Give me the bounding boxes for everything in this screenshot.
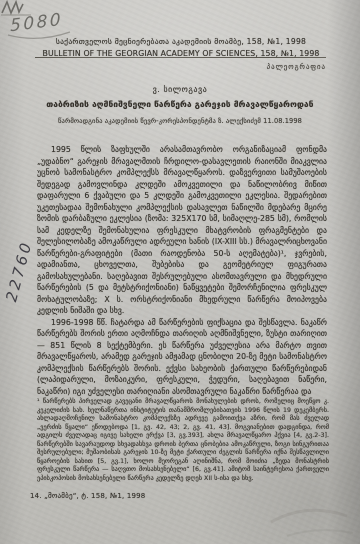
author-name: ვ. სილოგავა [0, 85, 360, 94]
journal-title-georgian: საქართველოს მეცნიერებათა აკადემიის მოამბ… [35, 37, 327, 46]
section-label: პალეოგრაფია [267, 63, 326, 71]
presented-line: წარმოადგინა აკადემიის წევრ-კორესპონდენტმ… [0, 117, 360, 125]
imprint-line: 14. „მოამბე“, ტ. 158, №1, 1998 [30, 492, 145, 500]
article-body: 1995 წლის ზაფხულში არასამთავრობო ორგანიზ… [37, 144, 327, 397]
footnote-text: ¹ წარწერებს პირველად გავეცანი მრავალწყარ… [37, 398, 329, 483]
article-paragraph-2: 1996-1998 წწ. ჩატარდა ამ წარწერების ფიქს… [37, 317, 327, 398]
article-title: თაბრიზის აღმნიშვნელი წარწერა გარეჯის მრა… [0, 99, 360, 109]
article-paragraph-1: 1995 წლის ზაფხულში არასამთავრობო ორგანიზ… [37, 144, 327, 317]
header-divider [35, 57, 326, 58]
journal-header: საქართველოს მეცნიერებათა აკადემიის მოამბ… [35, 37, 327, 58]
pencil-smudge [265, 482, 360, 544]
scanned-page: 5080 საქართველოს მეცნიერებათა აკადემიის … [0, 0, 360, 544]
handwritten-accession-number: 22760 [0, 227, 39, 315]
